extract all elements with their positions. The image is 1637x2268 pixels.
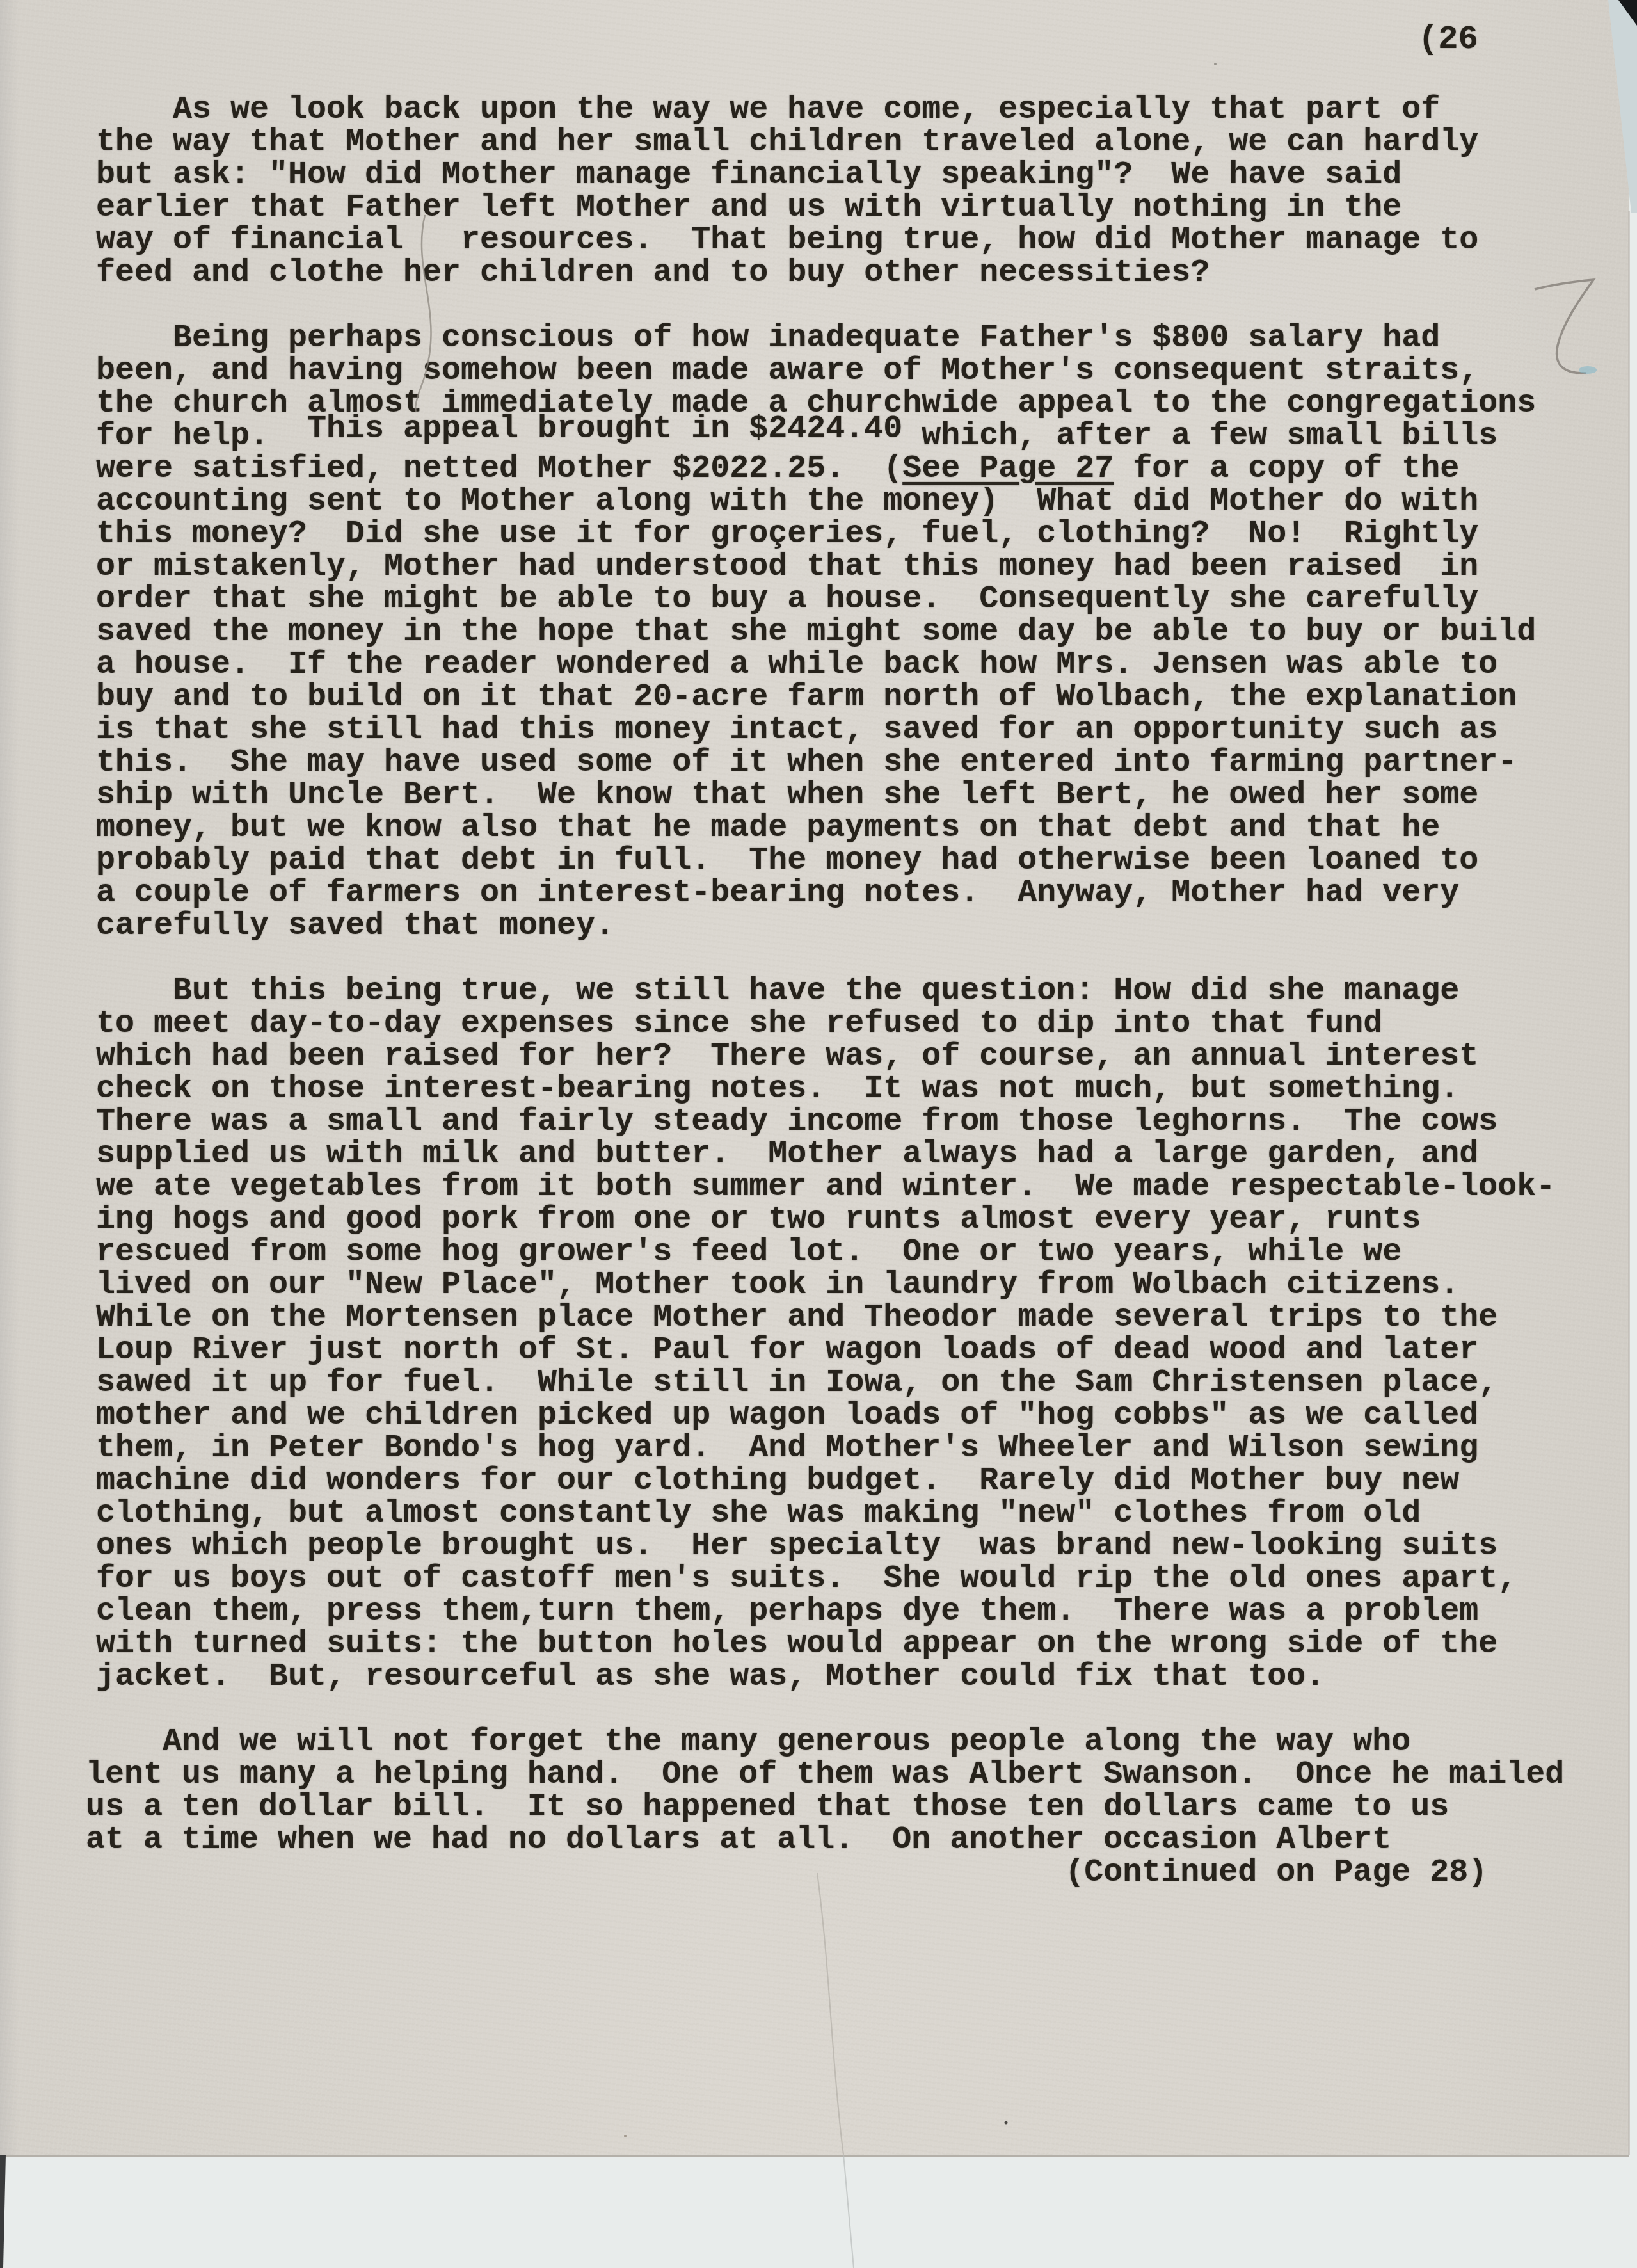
scanned-page: { "page": { "number_label": "(26", "pape… <box>0 0 1637 2268</box>
page-number: (26 <box>1418 20 1478 58</box>
text-line: carefully saved that money. <box>96 910 1564 942</box>
typewritten-text: As we look back upon the way we have com… <box>96 93 1564 1922</box>
text-line: which had been raised for her? There was… <box>96 1040 1564 1073</box>
text-line: machine did wonders for our clothing bud… <box>96 1465 1564 1497</box>
text-line: lived on our "New Place", Mother took in… <box>96 1269 1564 1301</box>
text-line: them, in Peter Bondo's hog yard. And Mot… <box>96 1432 1564 1465</box>
text-line: check on those interest-bearing notes. I… <box>96 1073 1564 1106</box>
text-line: (Continued on Page 28) <box>86 1856 1564 1889</box>
text-segment: were satisfied, netted Mother $2022.25. … <box>96 451 902 487</box>
text-line: clean them, press them,turn them, perhap… <box>96 1595 1564 1628</box>
text-line: money, but we know also that he made pay… <box>96 812 1564 844</box>
text-line: And we will not forget the many generous… <box>86 1726 1564 1758</box>
text-line: accounting sent to Mother along with the… <box>96 485 1564 518</box>
text-line: for us boys out of castoff men's suits. … <box>96 1563 1564 1595</box>
text-line: way of financial resources. That being t… <box>96 224 1564 257</box>
text-segment: which, after a few small bills <box>902 418 1497 454</box>
text-line: the way that Mother and her small childr… <box>96 126 1564 159</box>
text-segment: for a copy of the <box>1114 451 1459 487</box>
text-line: rescued from some hog grower's feed lot.… <box>96 1236 1564 1269</box>
text-line: were satisfied, netted Mother $2022.25. … <box>96 453 1564 485</box>
text-line: clothing, but almost constantly she was … <box>96 1497 1564 1530</box>
text-line: Being perhaps conscious of how inadequat… <box>96 322 1564 355</box>
text-line: saved the money in the hope that she mig… <box>96 616 1564 648</box>
raised-typing: This appeal brought in $2424.40 <box>307 413 902 446</box>
text-line: There was a small and fairly steady inco… <box>96 1106 1564 1138</box>
text-segment: for help. <box>96 418 307 454</box>
text-line: lent us many a helping hand. One of them… <box>86 1758 1564 1791</box>
text-line: to meet day-to-day expenses since she re… <box>96 1008 1564 1040</box>
text-line: ones which people brought us. Her specia… <box>96 1530 1564 1563</box>
text-line: Loup River just north of St. Paul for wa… <box>96 1334 1564 1367</box>
paragraph: And we will not forget the many generous… <box>86 1726 1564 1889</box>
text-line: mother and we children picked up wagon l… <box>96 1399 1564 1432</box>
text-line: or mistakenly, Mother had understood tha… <box>96 551 1564 583</box>
paragraph: But this being true, we still have the q… <box>96 975 1564 1693</box>
text-line: feed and clothe her children and to buy … <box>96 257 1564 289</box>
text-line: been, and having somehow been made aware… <box>96 355 1564 387</box>
text-line: at a time when we had no dollars at all.… <box>86 1824 1564 1856</box>
paper-crease-mark <box>843 2155 854 2268</box>
paragraph: As we look back upon the way we have com… <box>96 93 1564 289</box>
text-line: for help. This appeal brought in $2424.4… <box>96 420 1564 453</box>
text-line: jacket. But, resourceful as she was, Mot… <box>96 1661 1564 1693</box>
text-line: is that she still had this money intact,… <box>96 714 1564 746</box>
text-line: a house. If the reader wondered a while … <box>96 648 1564 681</box>
text-line: As we look back upon the way we have com… <box>96 93 1564 126</box>
text-line: a couple of farmers on interest-bearing … <box>96 877 1564 910</box>
text-line: buy and to build on it that 20-acre farm… <box>96 681 1564 714</box>
text-line: order that she might be able to buy a ho… <box>96 583 1564 616</box>
text-line: ing hogs and good pork from one or two r… <box>96 1203 1564 1236</box>
text-line: this. She may have used some of it when … <box>96 746 1564 779</box>
text-line: but ask: "How did Mother manage financia… <box>96 159 1564 191</box>
underlined-phrase: See Page 27 <box>902 451 1114 487</box>
text-line: supplied us with milk and butter. Mother… <box>96 1138 1564 1171</box>
text-line: earlier that Father left Mother and us w… <box>96 191 1564 224</box>
paragraph: Being perhaps conscious of how inadequat… <box>96 322 1564 942</box>
text-line: we ate vegetables from it both summer an… <box>96 1171 1564 1203</box>
bottom-left-shadow <box>0 2155 6 2268</box>
text-line: this money? Did she use it for groçeries… <box>96 518 1564 551</box>
text-line: probably paid that debt in full. The mon… <box>96 844 1564 877</box>
text-line: While on the Mortensen place Mother and … <box>96 1301 1564 1334</box>
text-line: ship with Uncle Bert. We know that when … <box>96 779 1564 812</box>
text-line: with turned suits: the button holes woul… <box>96 1628 1564 1661</box>
text-line: But this being true, we still have the q… <box>96 975 1564 1008</box>
text-line: us a ten dollar bill. It so happened tha… <box>86 1791 1564 1824</box>
text-line: sawed it up for fuel. While still in Iow… <box>96 1367 1564 1399</box>
